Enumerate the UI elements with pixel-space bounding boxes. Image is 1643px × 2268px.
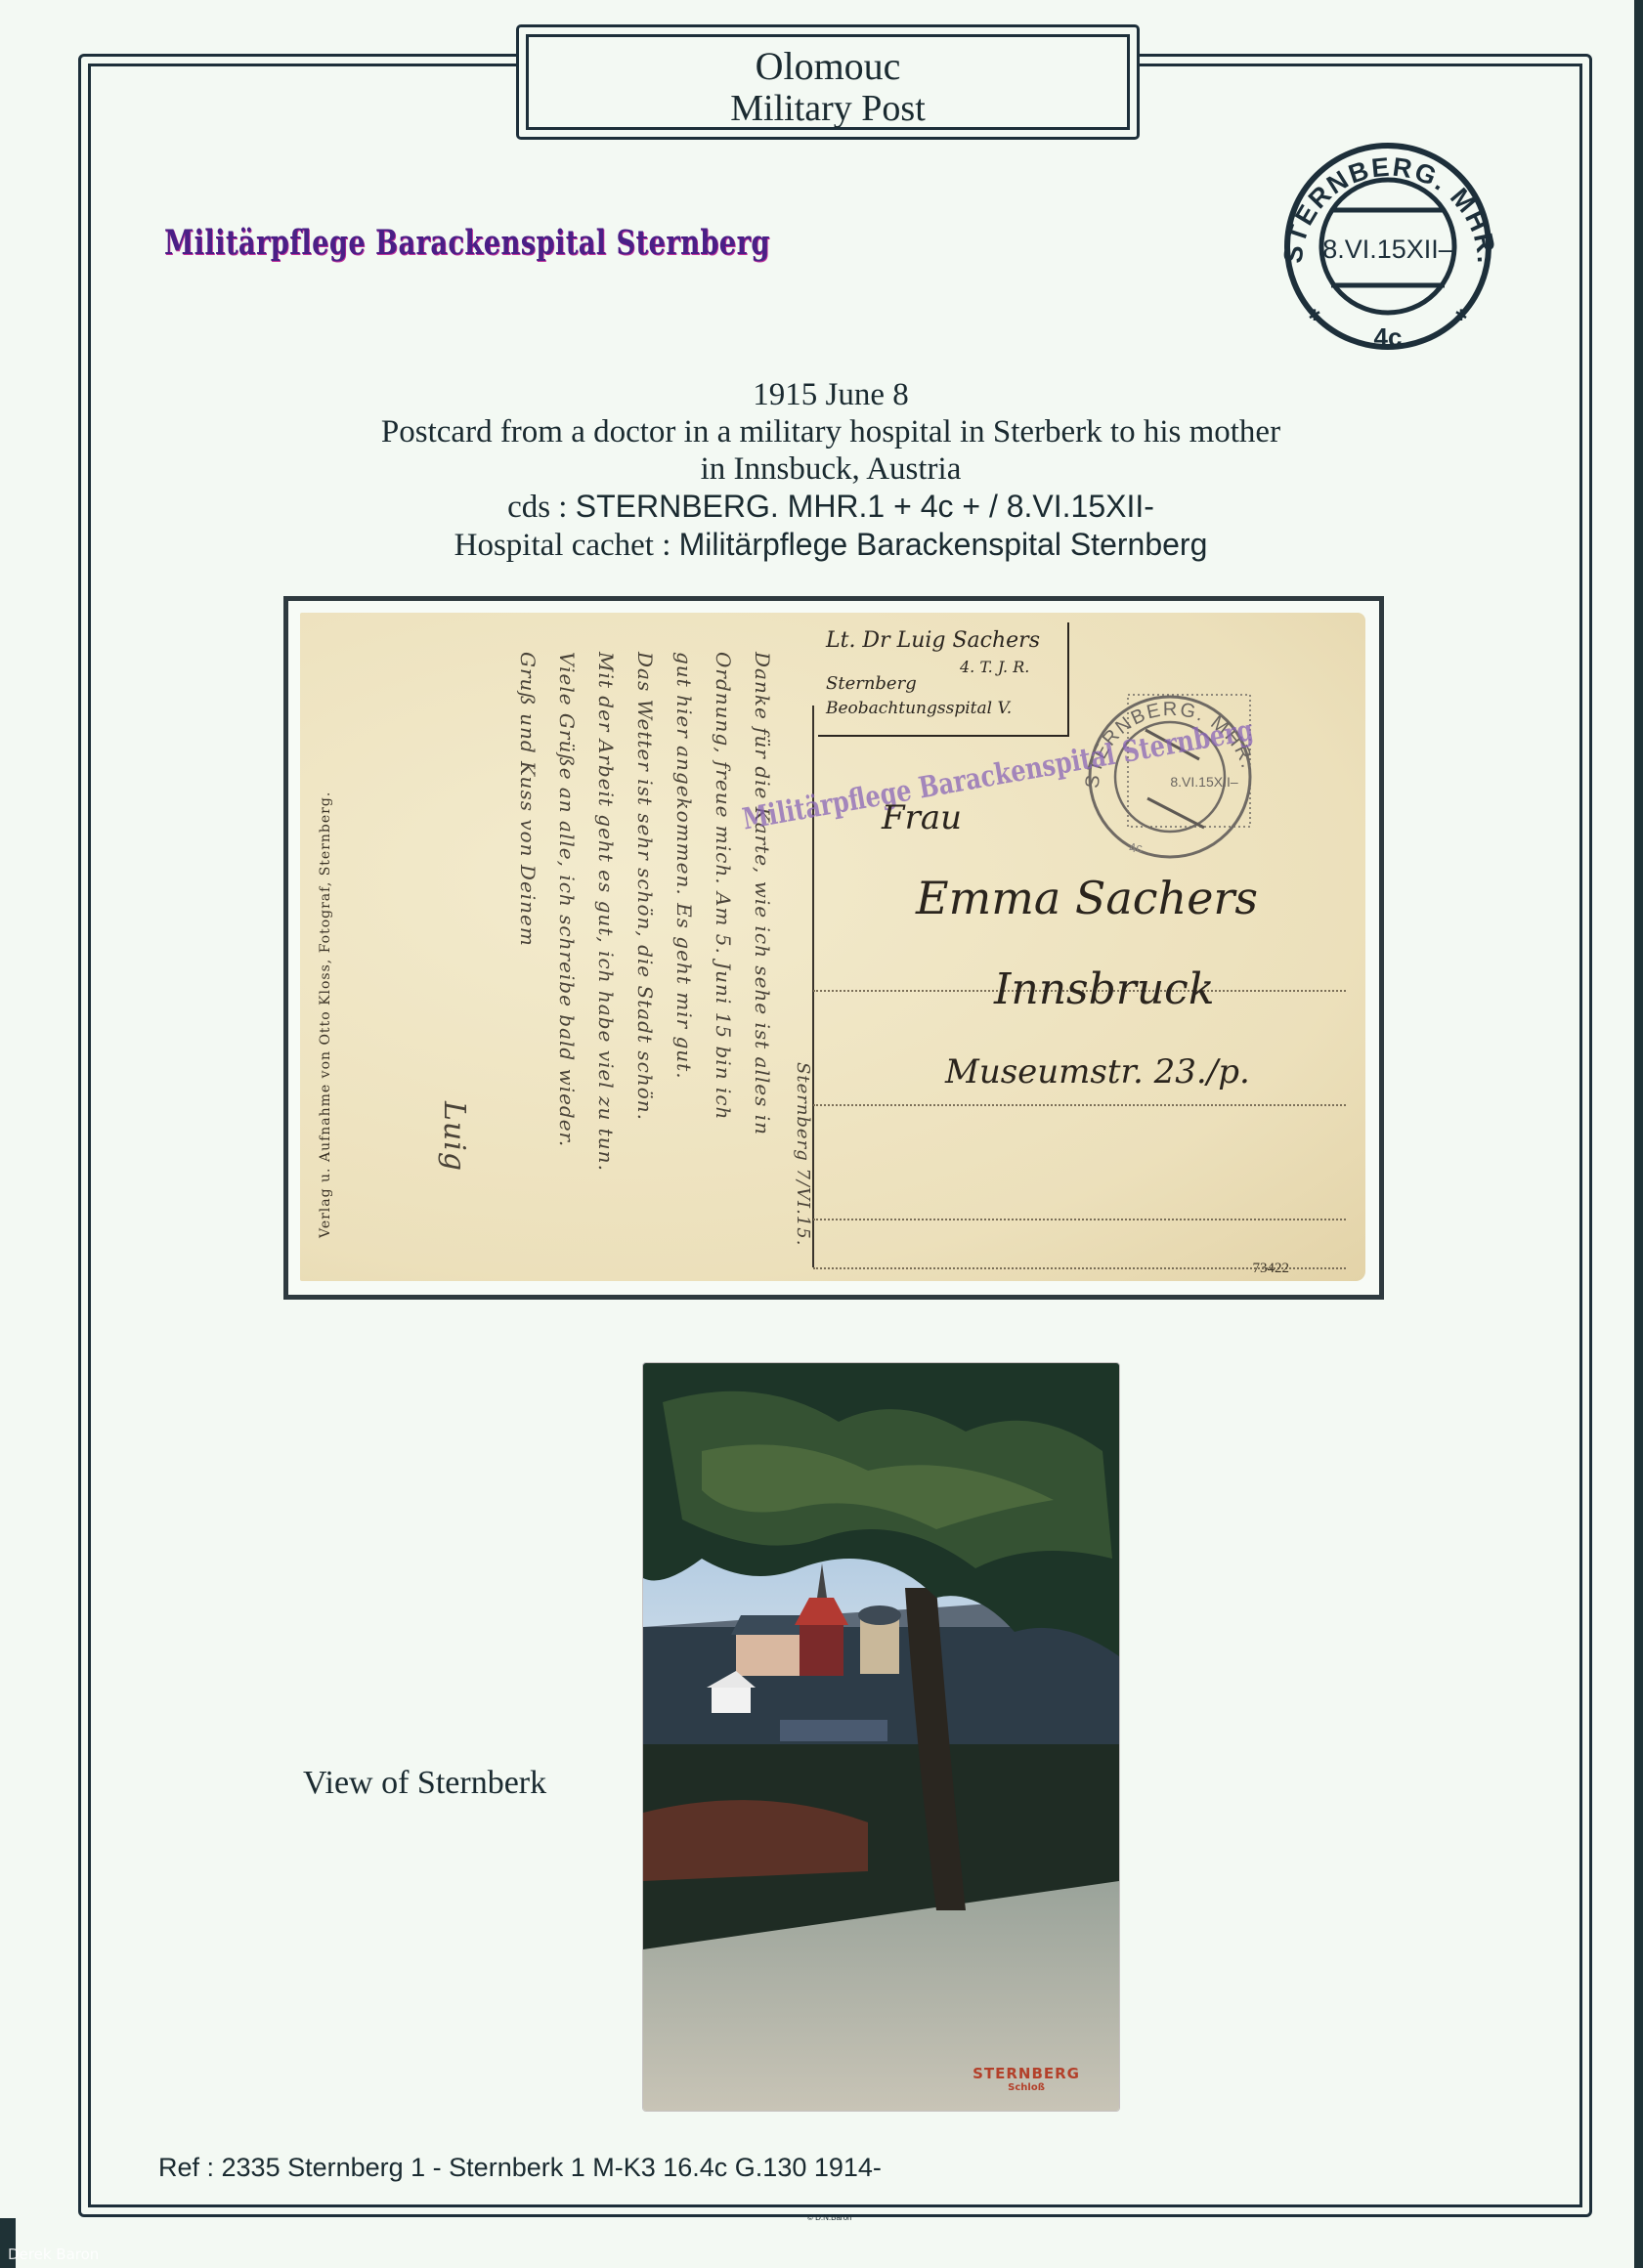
sternberg-castle-image [643, 1363, 1119, 2111]
sender-name: Lt. Dr Luig Sachers [826, 628, 1040, 653]
cds-value: STERNBERG. MHR.1 + 4c + / 8.VI.15XII- [576, 489, 1154, 524]
description-line-2: in Innsbuck, Austria [195, 450, 1466, 488]
message-line: Viele Grüße an alle, ich schreibe bald w… [555, 652, 579, 1147]
sender-city: Sternberg [826, 673, 917, 694]
page-title-inner: Olomouc Military Post [526, 34, 1130, 130]
picture-caption-title: STERNBERG [973, 2065, 1080, 2082]
star-icon: ✱ [1308, 306, 1320, 324]
address-line [813, 1219, 1346, 1220]
cachet-label: Hospital cachet : [454, 528, 679, 563]
sender-hospital: Beobachtungsspital V. [826, 699, 1012, 718]
address-street: Museumstr. 23./p. [945, 1052, 1250, 1091]
hospital-cachet-illustration: Militärpflege Barackenspital Sternberg [164, 223, 770, 263]
address-city: Innsbruck [994, 964, 1214, 1014]
message-line: Mit der Arbeit geht es gut, ich habe vie… [594, 652, 618, 1172]
address-name: Emma Sachers [916, 872, 1258, 924]
view-caption: View of Sternberk [303, 1765, 546, 1802]
description-cachet: Hospital cachet : Militärpflege Baracken… [195, 526, 1466, 564]
address-line [813, 1104, 1346, 1106]
page-title-box: Olomouc Military Post [516, 24, 1140, 140]
copyright-notice: © D.N.Baron [807, 2213, 851, 2222]
reference-line: Ref : 2335 Sternberg 1 - Sternberk 1 M-K… [158, 2153, 882, 2183]
message-line: Danke für die Karte, wie ich sehe ist al… [751, 652, 774, 1135]
page-subtitle: Military Post [529, 88, 1127, 129]
sender-unit: 4. T. J. R. [960, 658, 1029, 676]
picture-caption-subtitle: Schloß [973, 2082, 1080, 2093]
page-title: Olomouc [529, 45, 1127, 88]
message-line: gut hier angekommen. Es geht mir gut. [672, 652, 696, 1080]
message-line: Sternberg 7/VI.15. [793, 1062, 813, 1246]
picture-postcard-front: STERNBERG Schloß [643, 1363, 1119, 2111]
description-line-1: Postcard from a doctor in a military hos… [195, 413, 1466, 450]
picture-caption: STERNBERG Schloß [973, 2065, 1080, 2093]
cds-bottom-text: 4c [1374, 322, 1403, 352]
description-date: 1915 June 8 [195, 376, 1466, 413]
cds-date: 8.VI.15XII– [1322, 235, 1453, 264]
message-line: Ordnung, freue mich. Am 5. Juni 15 bin i… [712, 652, 735, 1120]
card-number: 73422 [1253, 1261, 1290, 1277]
watermark: Derek Baron [8, 2246, 99, 2263]
publisher-imprint: Verlag u. Aufnahme von Otto Kloss, Fotog… [318, 792, 333, 1238]
description-cds: cds : STERNBERG. MHR.1 + 4c + / 8.VI.15X… [195, 488, 1466, 526]
message-line: Das Wetter ist sehr schön, die Stadt sch… [633, 652, 657, 1121]
postcard-mount: Verlag u. Aufnahme von Otto Kloss, Fotog… [283, 596, 1384, 1300]
message-line: Gruß und Kuss von Deinem [516, 652, 540, 947]
card-postmark-illustration: STERNBERG. MHR. 8.VI.15XII– 4c [1077, 681, 1263, 867]
cds-postmark-illustration: STERNBERG. MHR.1 8.VI.15XII– 4c ✱ ✱ [1261, 127, 1515, 362]
cachet-value: Militärpflege Barackenspital Sternberg [679, 527, 1208, 562]
cds-label: cds : [507, 490, 576, 525]
item-description: 1915 June 8 Postcard from a doctor in a … [195, 376, 1466, 564]
star-icon: ✱ [1454, 306, 1467, 324]
address-salutation: Frau [882, 798, 962, 837]
card-postmark-date: 8.VI.15XII– [1170, 774, 1237, 790]
card-postmark-bottom: 4c [1129, 840, 1143, 855]
handwritten-message: Sternberg 7/VI.15. Danke für die Karte, … [359, 632, 808, 1258]
scan-edge-right [1634, 0, 1643, 2268]
message-signature: Luig [437, 1101, 471, 1172]
sender-box: Lt. Dr Luig Sachers 4. T. J. R. Sternber… [818, 622, 1069, 737]
postcard-reverse: Verlag u. Aufnahme von Otto Kloss, Fotog… [300, 613, 1365, 1281]
